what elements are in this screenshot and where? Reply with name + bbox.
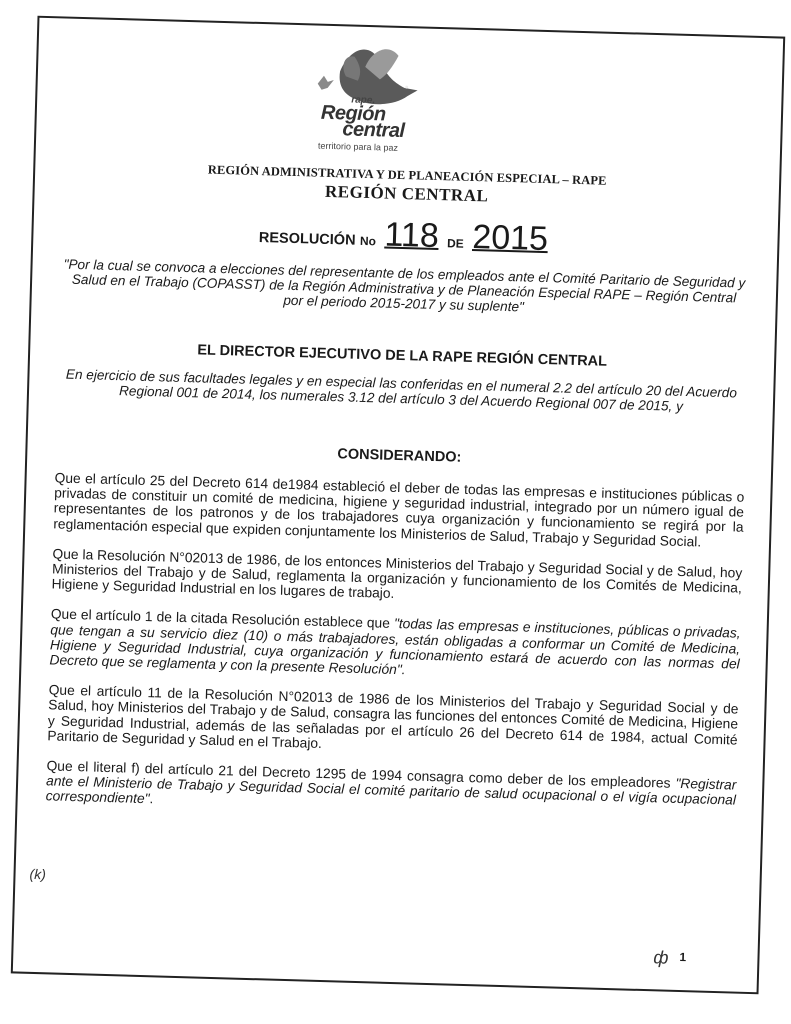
resolution-number: 118 <box>380 215 443 255</box>
paragraph: Que la Resolución N°02013 de 1986, de lo… <box>51 546 742 611</box>
paragraph: Que el artículo 25 del Decreto 614 de198… <box>53 470 744 550</box>
logo-central: central <box>342 118 405 143</box>
quoted-text: "todas las empresas e instituciones, púb… <box>49 616 740 677</box>
paragraph: Que el literal f) del artículo 21 del De… <box>46 758 737 823</box>
resolution-year: 2015 <box>468 218 553 258</box>
considerando-body: Que el artículo 25 del Decreto 614 de198… <box>45 470 744 838</box>
handwritten-initials-left: (k) <box>29 866 46 882</box>
page-number: 1 <box>679 950 686 964</box>
logo-tagline: territorio para la paz <box>318 141 398 153</box>
resolution-title: RESOLUCIÓN No 118 DE 2015 <box>33 206 778 266</box>
logo: rape. Región central territorio para la … <box>36 26 783 167</box>
paragraph: Que el artículo 1 de la citada Resolució… <box>49 607 740 687</box>
resolution-no-label: No <box>360 234 376 248</box>
considerando-heading: CONSIDERANDO: <box>27 438 771 475</box>
paragraph: Que el artículo 11 de la Resolución N°02… <box>47 683 738 763</box>
document-page: rape. Región central territorio para la … <box>11 16 785 995</box>
exercise-text: En ejercicio de sus facultades legales y… <box>59 367 744 416</box>
resolution-subject: "Por la cual se convoca a elecciones del… <box>62 257 747 321</box>
resolution-de: DE <box>447 236 464 250</box>
resolution-label: RESOLUCIÓN <box>259 230 356 249</box>
handwritten-initials-right: ф <box>653 947 669 968</box>
